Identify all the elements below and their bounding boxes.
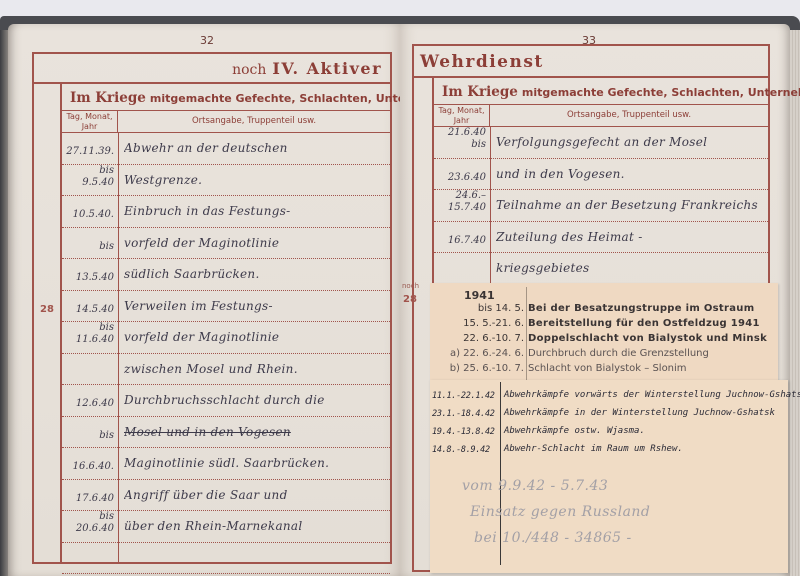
- clipping-line: bis 14. 5.Bei der Besatzungstruppe im Os…: [430, 303, 778, 317]
- entry-date: [62, 354, 118, 385]
- date-top: bis: [62, 165, 114, 177]
- heading-rest: mitgemachte Gefechte, Schlachten, Untern…: [522, 86, 800, 99]
- entry-date: 23.6.40: [434, 159, 490, 190]
- note-line: 11.1.-22.1.42Abwehrkämpfe vorwärts der W…: [430, 388, 788, 404]
- entry-date: bis9.5.40: [62, 165, 118, 196]
- handwritten-note: 11.1.-22.1.42Abwehrkämpfe vorwärts der W…: [430, 380, 788, 573]
- entry-text: Einbruch in das Festungs-: [124, 204, 386, 218]
- date-bottom: 12.6.40: [62, 385, 114, 410]
- margin-number: 28: [403, 294, 417, 305]
- table-row: bisvorfeld der Maginotlinie: [62, 228, 390, 260]
- clipping-text: Bei der Besatzungstruppe im Ostraum: [528, 303, 754, 314]
- column-header-place: Ortsangabe, Truppenteil usw.: [490, 110, 768, 120]
- date-bottom: 16.6.40.: [62, 448, 114, 473]
- clipping-text: Schlacht von Bialystok – Slonim: [528, 363, 687, 374]
- table-row: bis20.6.40über den Rhein-Marnekanal: [62, 511, 390, 543]
- war-record-table: Im Kriegemitgemachte Gefechte, Schlachte…: [60, 84, 390, 562]
- date-bottom: [62, 354, 114, 367]
- clipping-line: 22. 6.-10. 7.Doppelschlacht von Bialysto…: [430, 333, 778, 347]
- date-bottom: 9.5.40: [62, 177, 114, 189]
- entry-date: 14.5.40: [62, 291, 118, 322]
- entry-date: 10.5.40.: [62, 196, 118, 227]
- clipping-text: Bereitstellung für den Ostfeldzug 1941: [528, 318, 760, 329]
- clipping-date: bis 14. 5.: [478, 303, 524, 314]
- date-bottom: 10.5.40.: [62, 196, 114, 221]
- entry-date: 12.6.40: [62, 385, 118, 416]
- table-row: 27.11.39.Abwehr an der deutschen: [62, 133, 390, 165]
- entry-text: Mosel und in den Vogesen: [124, 425, 386, 439]
- table-row: 17.6.40Angriff über die Saar und: [62, 480, 390, 512]
- date-bottom: [62, 543, 114, 556]
- heading-bold: Im Kriege: [70, 90, 146, 106]
- entry-date: bis11.6.40: [62, 322, 118, 353]
- entry-date: 17.6.40: [62, 480, 118, 511]
- note-text: Abwehrkämpfe vorwärts der Winterstellung…: [504, 390, 800, 400]
- date-bottom: bis: [62, 228, 114, 253]
- date-bottom: 20.6.40: [62, 523, 114, 535]
- entry-text: Verfolgungsgefecht an der Mosel: [496, 135, 764, 149]
- clipping-year: 1941: [464, 289, 495, 302]
- clipping-line: 15. 5.-21. 6.Bereitstellung für den Ostf…: [430, 318, 778, 332]
- table-row: bisMosel und in den Vogesen: [62, 417, 390, 449]
- date-bottom: 23.6.40: [434, 159, 486, 184]
- table-row: 12.6.40Durchbruchsschlacht durch die: [62, 385, 390, 417]
- note-line: 23.1.-18.4.42Abwehrkämpfe in der Winters…: [430, 406, 788, 422]
- table-row: zwischen Mosel und Rhein.: [62, 354, 390, 386]
- date-bottom: 13.5.40: [62, 259, 114, 284]
- title-main: IV. Aktiver: [272, 59, 382, 78]
- date-bottom: bis: [62, 417, 114, 442]
- title-row: nochIV. Aktiver: [34, 54, 390, 84]
- entry-text: kriegsgebietes: [496, 261, 764, 275]
- table-row: bis9.5.40Westgrenze.: [62, 165, 390, 197]
- clipping-text: Doppelschlacht von Bialystok und Minsk: [528, 333, 767, 344]
- entry-date: 13.5.40: [62, 259, 118, 290]
- entry-date: bis20.6.40: [62, 511, 118, 542]
- clipping-text: Durchbruch durch die Grenzstellung: [528, 348, 709, 359]
- left-page: 32 nochIV. Aktiver 28 Im Kriegemitgemach…: [8, 24, 400, 576]
- entry-text: Durchbruchsschlacht durch die: [124, 393, 386, 407]
- section-heading: Im Kriegemitgemachte Gefechte, Schlachte…: [62, 84, 390, 111]
- date-bottom: 14.5.40: [62, 291, 114, 316]
- date-bottom: 17.6.40: [62, 480, 114, 505]
- note-date: 11.1.-22.1.42: [432, 391, 498, 401]
- entry-date: 24.6.–15.7.40: [434, 190, 490, 221]
- entry-date: 16.7.40: [434, 222, 490, 253]
- entry-text: über den Rhein-Marnekanal: [124, 519, 386, 533]
- page-number: 32: [200, 34, 214, 47]
- page-title: Wehrdienst: [420, 52, 544, 72]
- entry-text: Zuteilung des Heimat -: [496, 230, 764, 244]
- table-row: 16.6.40.Maginotlinie südl. Saarbrücken.: [62, 448, 390, 480]
- note-text: Abwehrkämpfe in der Winterstellung Juchn…: [504, 408, 775, 418]
- section-heading: Im Kriegemitgemachte Gefechte, Schlachte…: [434, 78, 768, 105]
- date-top: bis: [62, 511, 114, 523]
- table-row: bis11.6.40vorfeld der Maginotlinie: [62, 322, 390, 354]
- table-row: 13.5.40südlich Saarbrücken.: [62, 259, 390, 291]
- entry-date: [62, 543, 118, 574]
- date-bottom: [434, 253, 486, 266]
- printed-clipping: 1941 bis 14. 5.Bei der Besatzungstruppe …: [430, 283, 778, 381]
- entry-text: Westgrenze.: [124, 173, 386, 187]
- entry-text: und in den Vogesen.: [496, 167, 764, 181]
- clipping-line: b) 25. 6.-10. 7.Schlacht von Bialystok –…: [430, 363, 778, 377]
- column-header-date: Tag, Monat, Jahr: [434, 105, 490, 126]
- entry-date: 16.6.40.: [62, 448, 118, 479]
- entry-rows: 27.11.39.Abwehr an der deutschenbis9.5.4…: [62, 133, 390, 562]
- date-bottom: 27.11.39.: [62, 133, 114, 158]
- margin-number: 28: [40, 304, 54, 315]
- entry-date: 21.6.40bis: [434, 127, 490, 158]
- entry-text: Teilnahme an der Besetzung Frankreichs: [496, 198, 764, 212]
- entry-date: 27.11.39.: [62, 133, 118, 164]
- date-top: 21.6.40: [434, 127, 486, 139]
- heading-bold: Im Kriege: [442, 84, 518, 100]
- clipping-date: a) 22. 6.-24. 6.: [450, 348, 524, 359]
- column-header-date: Tag, Monat, Jahr: [62, 111, 118, 132]
- clipping-line: a) 22. 6.-24. 6.Durchbruch durch die Gre…: [430, 348, 778, 362]
- entry-text: vorfeld der Maginotlinie: [124, 236, 386, 250]
- table-row: 14.5.40Verweilen im Festungs-: [62, 291, 390, 323]
- entry-text: Maginotlinie südl. Saarbrücken.: [124, 456, 386, 470]
- table-row: 10.5.40.Einbruch in das Festungs-: [62, 196, 390, 228]
- title-prefix: noch: [232, 62, 266, 78]
- note-line: 14.8.-8.9.42Abwehr-Schlacht im Raum um R…: [430, 442, 788, 458]
- note-text: Abwehrkämpfe ostw. Wjasma.: [504, 426, 645, 436]
- note-text: Abwehr-Schlacht im Raum um Rshew.: [504, 444, 683, 454]
- column-header-place: Ortsangabe, Truppenteil usw.: [118, 116, 390, 126]
- entry-text: Verweilen im Festungs-: [124, 299, 386, 313]
- entry-text: zwischen Mosel und Rhein.: [124, 362, 386, 376]
- pencil-line: Einsatz gegen Russland: [470, 504, 650, 520]
- note-date: 14.8.-8.9.42: [432, 445, 498, 455]
- note-line: 19.4.-13.8.42Abwehrkämpfe ostw. Wjasma.: [430, 424, 788, 440]
- note-date: 19.4.-13.8.42: [432, 427, 498, 437]
- date-bottom: bis: [434, 139, 486, 151]
- entry-date: bis: [62, 228, 118, 259]
- clipping-date: 15. 5.-21. 6.: [463, 318, 524, 329]
- clipping-date: 22. 6.-10. 7.: [463, 333, 524, 344]
- table-row: 24.6.–15.7.40Teilnahme an der Besetzung …: [434, 190, 768, 222]
- entry-date: [434, 253, 490, 284]
- entry-text: Abwehr an der deutschen: [124, 141, 386, 155]
- note-date: 23.1.-18.4.42: [432, 409, 498, 419]
- column-headers: Tag, Monat, Jahr Ortsangabe, Truppenteil…: [62, 111, 390, 133]
- entry-text: Angriff über die Saar und: [124, 488, 386, 502]
- date-top: bis: [62, 322, 114, 334]
- table-row: kriegsgebietes: [434, 253, 768, 285]
- table-row: [62, 543, 390, 575]
- table-row: 21.6.40bisVerfolgungsgefecht an der Mose…: [434, 127, 768, 159]
- date-bottom: 16.7.40: [434, 222, 486, 247]
- title-row: Wehrdienst: [414, 46, 768, 78]
- page-title: nochIV. Aktiver: [232, 59, 382, 78]
- entry-rows: 21.6.40bisVerfolgungsgefecht an der Mose…: [434, 127, 768, 285]
- date-bottom: 15.7.40: [434, 202, 486, 214]
- entry-date: bis: [62, 417, 118, 448]
- date-top: 24.6.–: [434, 190, 486, 202]
- pencil-line: vom 9.9.42 - 5.7.43: [462, 478, 608, 494]
- left-page-frame: nochIV. Aktiver 28 Im Kriegemitgemachte …: [32, 52, 392, 564]
- date-bottom: 11.6.40: [62, 334, 114, 346]
- clipping-date: b) 25. 6.-10. 7.: [450, 363, 524, 374]
- entry-text: südlich Saarbrücken.: [124, 267, 386, 281]
- table-row: 23.6.40und in den Vogesen.: [434, 159, 768, 191]
- table-row: 16.7.40Zuteilung des Heimat -: [434, 222, 768, 254]
- column-headers: Tag, Monat, Jahr Ortsangabe, Truppenteil…: [434, 105, 768, 127]
- pencil-line: bei 10./448 - 34865 -: [474, 530, 632, 546]
- entry-text: vorfeld der Maginotlinie: [124, 330, 386, 344]
- margin-label: noch: [402, 282, 419, 290]
